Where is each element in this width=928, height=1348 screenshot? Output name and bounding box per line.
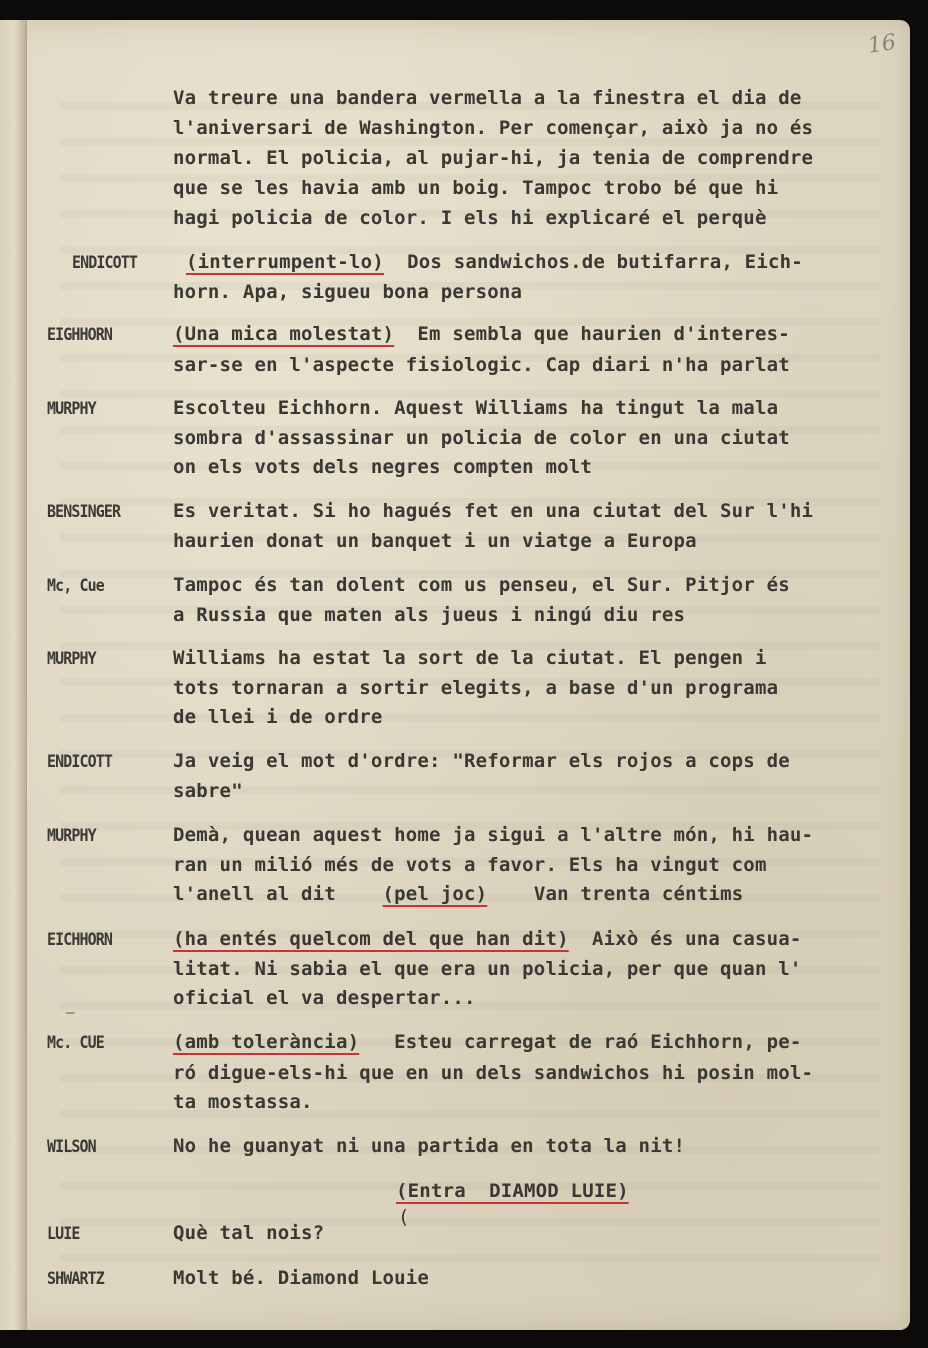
margin-mark: – <box>66 1005 74 1021</box>
stage-direction: (ha entés quelcom del que han dit) <box>173 928 569 950</box>
speaker-name: EICHHORN <box>47 930 112 950</box>
dialogue-line: ró digue-els-hi que en un dels sandwicho… <box>173 1062 813 1084</box>
stray-parenthesis: ( <box>398 1206 410 1228</box>
dialogue-line: (amb tolerància) Esteu carregat de raó E… <box>173 1031 802 1053</box>
dialogue-line: l'anell al dit (pel joc) Van trenta cént… <box>173 883 743 905</box>
typescript-page: 16 Va treure una bandera vermella a la f… <box>0 20 910 1330</box>
stage-direction-entrance: (Entra DIAMOD LUIE) <box>396 1180 629 1202</box>
dialogue-line: de llei i de ordre <box>173 706 383 728</box>
speaker-name: ENDICOTT <box>72 253 137 273</box>
dialogue-line: sombra d'assassinar un policia de color … <box>173 427 790 449</box>
dialogue-line: No he guanyat ni una partida en tota la … <box>173 1135 685 1157</box>
opening-line: normal. El policia, al pujar-hi, ja teni… <box>173 147 813 169</box>
stage-direction: (amb tolerància) <box>173 1031 359 1053</box>
dialogue-line: sar-se en l'aspecte fisiologic. Cap diar… <box>173 354 790 376</box>
speaker-name: BENSINGER <box>47 502 120 522</box>
dialogue-line: (interrumpent-lo) Dos sandwichos.de buti… <box>186 251 803 273</box>
speaker-name: SHWARTZ <box>47 1269 104 1289</box>
speaker-name: LUIE <box>47 1224 80 1244</box>
dialogue-line: ta mostassa. <box>173 1091 313 1113</box>
speaker-name: Mc. CUE <box>47 1033 104 1053</box>
speaker-name: MURPHY <box>47 649 96 669</box>
dialogue-line: (Una mica molestat) Em sembla que haurie… <box>173 323 790 345</box>
dialogue-line: horn. Apa, sigueu bona persona <box>173 281 522 303</box>
dialogue-line: haurien donat un banquet i un viatge a E… <box>173 530 697 552</box>
speaker-name: MURPHY <box>47 826 96 846</box>
dialogue-line: Escolteu Eichhorn. Aquest Williams ha ti… <box>173 397 778 419</box>
dialogue-line: Molt bé. Diamond Louie <box>173 1267 429 1289</box>
speaker-name: WILSON <box>47 1137 96 1157</box>
dialogue-line: Demà, quean aquest home ja sigui a l'alt… <box>173 824 813 846</box>
speaker-name: Mc, Cue <box>47 576 104 596</box>
script-body: Va treure una bandera vermella a la fine… <box>0 20 910 1330</box>
stage-direction: (pel joc) <box>383 883 488 905</box>
speaker-name: MURPHY <box>47 399 96 419</box>
dialogue-line: ran un milió més de vots a favor. Els ha… <box>173 854 767 876</box>
stage-direction: (Una mica molestat) <box>173 323 394 345</box>
dialogue-line: oficial el va despertar... <box>173 987 476 1009</box>
dialogue-line: on els vots dels negres compten molt <box>173 456 592 478</box>
dialogue-line: (ha entés quelcom del que han dit) Això … <box>173 928 802 950</box>
dialogue-line: tots tornaran a sortir elegits, a base d… <box>173 677 778 699</box>
dialogue-line: Què tal nois? <box>173 1222 324 1244</box>
dialogue-line: Williams ha estat la sort de la ciutat. … <box>173 647 767 669</box>
opening-line: que se les havia amb un boig. Tampoc tro… <box>173 177 778 199</box>
dialogue-line: Es veritat. Si ho hagués fet en una ciut… <box>173 500 813 522</box>
dialogue-line: a Russia que maten als jueus i ningú diu… <box>173 604 685 626</box>
speaker-name: EIGHHORN <box>47 325 112 345</box>
opening-line: Va treure una bandera vermella a la fine… <box>173 87 802 109</box>
opening-line: hagi policia de color. I els hi explicar… <box>173 207 767 229</box>
speaker-name: ENDICOTT <box>47 752 112 772</box>
dialogue-line: Tampoc és tan dolent com us penseu, el S… <box>173 574 790 596</box>
dialogue-line: Ja veig el mot d'ordre: "Reformar els ro… <box>173 750 790 772</box>
opening-line: l'aniversari de Washington. Per començar… <box>173 117 813 139</box>
stage-direction: (interrumpent-lo) <box>186 251 384 273</box>
dialogue-line: sabre" <box>173 780 243 802</box>
dialogue-line: litat. Ni sabia el que era un policia, p… <box>173 958 802 980</box>
